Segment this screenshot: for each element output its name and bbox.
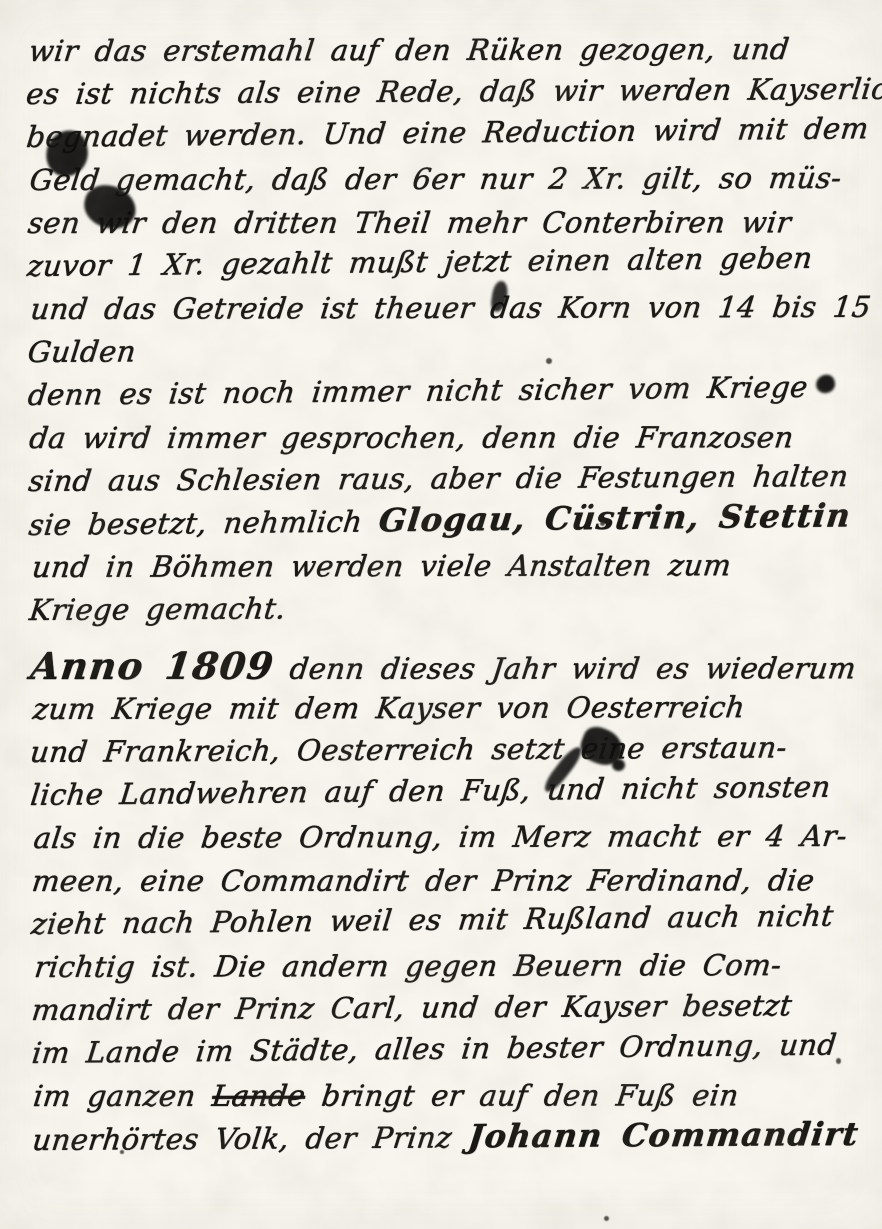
manuscript-line-15: Anno 1809denn dieses Jahr wird es wieder…: [28, 644, 865, 688]
fortress-place-names: Glogau, Cüstrin, Stettin: [377, 496, 853, 539]
manuscript-line-22: richtig ist. Die andern gegen Beuern die…: [32, 944, 869, 989]
paper-speck: [604, 1216, 609, 1221]
manuscript-line-18: liche Landwehren auf den Fuß, und nicht …: [28, 765, 865, 817]
line-text: bringt er auf den Fuß ein: [303, 1078, 741, 1112]
manuscript-line-21: zieht nach Pohlen weil es mit Rußland au…: [29, 894, 866, 946]
manuscript-line-16: zum Kriege mit dem Kayser von Oesterreic…: [31, 686, 868, 731]
manuscript-line-10: da wird immer gesprochen, denn die Franz…: [27, 416, 864, 460]
manuscript-line-06: zuvor 1 Xr. gezahlt mußt jetzt einen alt…: [25, 236, 862, 288]
line-text: denn dieses Jahr wird es wiederum: [288, 651, 858, 686]
manuscript-line-26: unerhörtes Volk, der Prinz Johann Comman…: [30, 1113, 867, 1161]
manuscript-line-14: Kriege gemacht.: [27, 584, 864, 632]
anno-1809-heading: Anno 1809: [28, 644, 277, 688]
manuscript-line-07: und das Getreide ist theuer das Korn von…: [28, 286, 865, 331]
line-text: sie besetzt, nehmlich: [27, 504, 381, 542]
crossed-out-word: Lande: [210, 1079, 307, 1113]
line-text: im ganzen: [32, 1079, 215, 1113]
manuscript-line-24: im Lande im Städte, alles in bester Ordn…: [30, 1023, 867, 1075]
handwritten-text-block: wir das erstemahl auf den Rüken gezogen,…: [26, 25, 865, 1161]
manuscript-line-01: wir das erstemahl auf den Rüken gezogen,…: [27, 28, 864, 73]
manuscript-line-09: denn es ist noch immer nicht sicher vom …: [26, 365, 863, 417]
manuscript-line-12: sie besetzt, nehmlich Glogau, Cüstrin, S…: [27, 494, 864, 546]
manuscript-line-25: im ganzen Lande bringt er auf den Fuß ei…: [31, 1074, 868, 1118]
manuscript-line-13: und in Böhmen werden viele Anstalten zum: [30, 544, 867, 589]
prinz-johann-name: Johann Commandirt: [466, 1115, 861, 1155]
line-text: unerhörtes Volk, der Prinz: [31, 1120, 471, 1157]
manuscript-page: wir das erstemahl auf den Rüken gezogen,…: [0, 0, 882, 1229]
manuscript-line-03: begnadet werden. Und eine Reduction wird…: [24, 107, 861, 159]
manuscript-line-04: Geld gemacht, daß der 6er nur 2 Xr. gilt…: [27, 157, 864, 202]
manuscript-line-19: als in die beste Ordnung, im Merz macht …: [31, 815, 868, 860]
